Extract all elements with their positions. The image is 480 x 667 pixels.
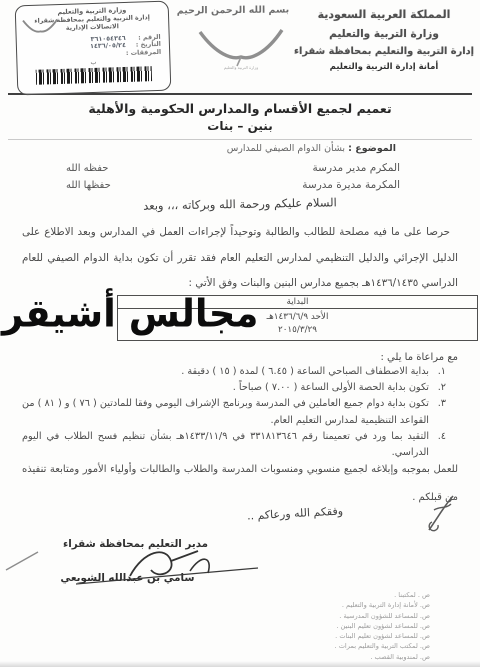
letterhead-secretariat: أمانة إدارة التربية والتعليم [294, 62, 474, 72]
addressee-row: المكرمة مديرة مدرسة حفظها الله [66, 177, 400, 194]
handwritten-mark-left [4, 546, 44, 574]
note-number: ٣. [434, 396, 446, 428]
scanned-circular-document: وزارة التربية والتعليم إدارة التربية وال… [0, 0, 480, 667]
subject-line: الموضوع : بشأن الدوام الصيفي للمدارس [227, 143, 396, 154]
body-paragraph: حرصا على ما فيه مصلحة للطالب والطالبة وت… [22, 220, 458, 297]
note-text: تكون بداية الحصة الأولى الساعة ( ٧.٠٠ ) … [22, 380, 429, 396]
addressee-row: المكرم مدير مدرسة حفظه الله [66, 160, 400, 177]
addressee-female-blessing: حفظها الله [66, 177, 111, 194]
salutation-handwritten: السلام عليكم ورحمة الله وبركاته ،،، وبعد [0, 193, 480, 215]
addressee-male-blessing: حفظه الله [66, 160, 108, 177]
stamp-attachments-label: المرفقات : [126, 49, 161, 58]
letterhead-ministry: وزارة التربية والتعليم [294, 28, 474, 40]
note-text: تكون بداية دوام جميع العاملين في المدرسة… [22, 396, 429, 428]
addressees: المكرم مدير مدرسة حفظه الله المكرمة مدير… [66, 160, 400, 194]
stamp-date-value: ١٤٣٦/٠٥/٢٤ [90, 42, 126, 51]
note-text: بداية الاصطفاف الصباحي الساعة ( ٦.٤٥ ) ل… [22, 364, 429, 380]
addressee-male: المكرم مدير مدرسة [313, 160, 400, 177]
circular-title: تعميم لجميع الأقسام والمدارس الحكومية وا… [0, 101, 480, 116]
emblem-caption: وزارة التربية والتعليم [196, 65, 286, 70]
distribution-item: ص . لمكتبنا . [335, 590, 430, 600]
distribution-item: ص. للمساعد لشؤون تعليم البنات . [335, 631, 430, 641]
notes-intro: مع مراعاة ما يلي : [381, 352, 459, 363]
note-number: ١. [434, 364, 446, 380]
subject-label: الموضوع : [348, 143, 396, 154]
notes-list: ١. بداية الاصطفاف الصباحي الساعة ( ٦.٤٥ … [22, 364, 446, 461]
signature-scribble [72, 544, 262, 594]
note-number: ٢. [434, 380, 446, 396]
circular-subtitle: بنين – بنات [0, 119, 480, 133]
distribution-item: ص. للمساعد للشؤون المدرسية . [335, 611, 430, 621]
note-item: ٢. تكون بداية الحصة الأولى الساعة ( ٧.٠٠… [22, 380, 446, 396]
note-item: ١. بداية الاصطفاف الصباحي الساعة ( ٦.٤٥ … [22, 364, 446, 380]
watermark-text: مجالس أشيقر [2, 291, 258, 336]
subject-text: بشأن الدوام الصيفي للمدارس [227, 143, 345, 154]
scan-edge-shadow [0, 661, 480, 667]
letterhead-kingdom: المملكة العربية السعودية [294, 8, 474, 21]
distribution-item: ص. للمساعد لشؤون تعليم البنين . [335, 621, 430, 631]
stamp-emblem-icon [21, 16, 60, 37]
ministry-emblem-icon [196, 26, 286, 68]
handwritten-initials [421, 493, 465, 533]
distribution-list: ص . لمكتبنا . ص. لأمانة إدارة التربية وا… [335, 590, 430, 662]
registry-stamp: وزارة التربية والتعليم إدارة التربية وال… [15, 1, 172, 96]
basmala-calligraphy: بسم الله الرحمن الرحيم [168, 4, 298, 16]
note-item: ٣. تكون بداية دوام جميع العاملين في المد… [22, 396, 446, 428]
distribution-item: ص. لأمانة إدارة التربية والتعليم . [335, 600, 430, 610]
letterhead-directorate: إدارة التربية والتعليم بمحافظة شقراء [294, 46, 474, 57]
letterhead: المملكة العربية السعودية وزارة التربية و… [294, 8, 474, 72]
distribution-item: ص. لمكتب التربية والتعليم بمرات . [335, 641, 430, 651]
title-divider [8, 139, 472, 140]
barcode [36, 66, 152, 85]
closing-paragraph: للعمل بموجبه وإبلاغه لجميع منسوبي ومنسوب… [22, 456, 458, 512]
addressee-female: المكرمة مديرة مدرسة [302, 177, 400, 194]
